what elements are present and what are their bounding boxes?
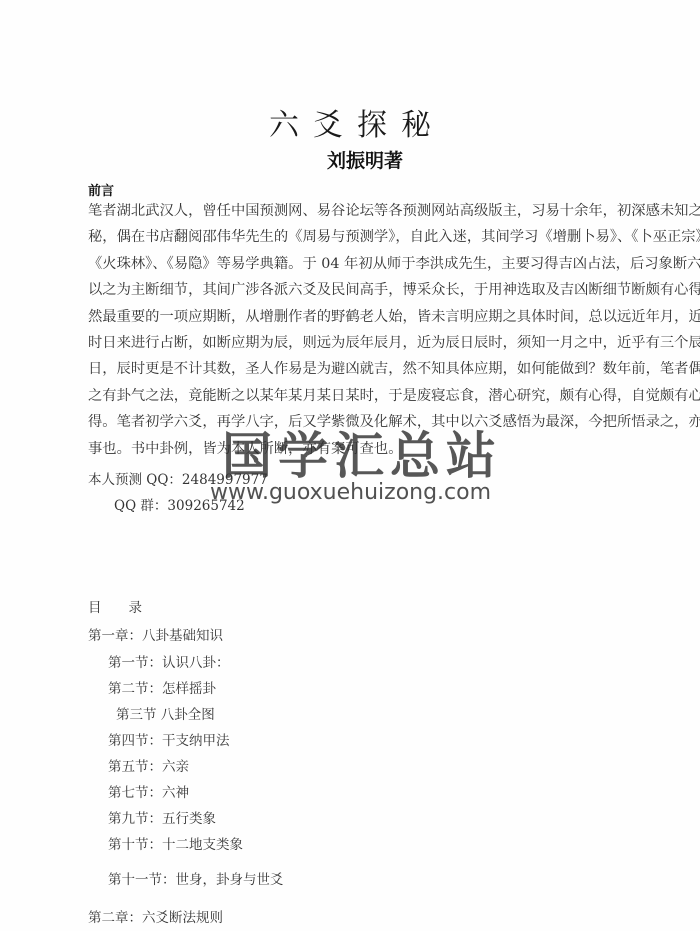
- preface-line: 之有卦气之法，竟能断之以某年某月某日某时，于是废寝忘食，潜心研究，颇有心得，自觉…: [88, 383, 624, 409]
- toc-item-section: 第一节：认识八卦：: [108, 651, 230, 671]
- preface-line: 以之为主断细节，其间广涉各派六爻及民间高手，博采众长，于用神选取及吉凶断细节断颇…: [88, 277, 624, 303]
- preface-line: 秘，偶在书店翻阅邵伟华先生的《周易与预测学》，自此入迷，其间学习《增删卜易》、《…: [88, 224, 624, 250]
- toc-item-section: 第三节 八卦全图: [116, 703, 215, 723]
- watermark-logo-text: 国学汇总站: [222, 416, 502, 488]
- toc-item-section: 第七节：六神: [108, 781, 189, 801]
- toc-item-section: 第四节：干支纳甲法: [108, 729, 230, 749]
- toc-item-section: 第二节：怎样摇卦: [108, 677, 216, 697]
- toc-item-section: 第五节：六亲: [108, 755, 189, 775]
- toc-item-section: 第九节：五行类象: [108, 807, 216, 827]
- preface-line: 时日来进行占断，如断应期为辰，则远为辰年辰月，近为辰日辰时，须知一月之中，近乎有…: [88, 330, 624, 356]
- toc-item-section: 第十一节：世身，卦身与世爻: [108, 868, 284, 888]
- preface-heading: 前言: [88, 180, 114, 199]
- document-title: 六爻探秘: [0, 100, 700, 144]
- toc-item-chapter-1: 第一章：八卦基础知识: [88, 624, 223, 644]
- document-author: 刘振明著: [0, 146, 700, 173]
- preface-line: 笔者湖北武汉人，曾任中国预测网、易谷论坛等各预测网站高级版主，习易十余年，初深感…: [88, 198, 624, 224]
- toc-heading: 目 录: [88, 596, 142, 616]
- preface-line: 《火珠林》、《易隐》等易学典籍。于 04 年初从师于李洪成先生，主要习得吉凶占法…: [88, 251, 624, 277]
- preface-line: 然最重要的一项应期断，从增删作者的野鹤老人始，皆未言明应期之具体时间，总以远近年…: [88, 304, 624, 330]
- toc-item-section: 第十节：十二地支类象: [108, 833, 243, 853]
- preface-line: 日，辰时更是不计其数，圣人作易是为避凶就吉，然不知具体应期，如何能做到？数年前，…: [88, 356, 624, 382]
- toc-item-chapter-2: 第二章：六爻断法规则: [88, 906, 223, 926]
- watermark-url: www.guoxuehuizong.com: [210, 480, 491, 505]
